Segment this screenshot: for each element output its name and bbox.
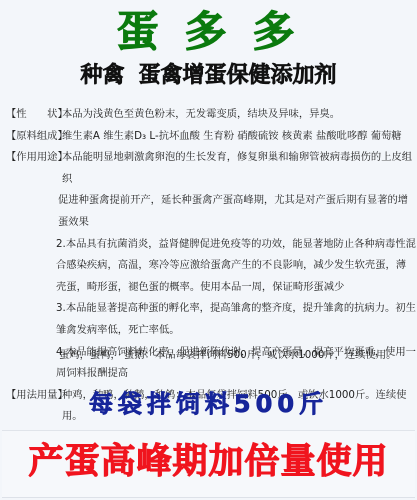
dosage-slogan: 每袋拌饲料500斤 <box>0 388 417 420</box>
usage-layer-dosage: 蛋鸡，蛋鸭， 蛋鹅：本品每袋拌饲料500斤，或饮水1000斤，连续使用。 <box>59 346 396 361</box>
spec-label: 【作用用途】 <box>6 147 62 190</box>
spec-function-item-2: 2.本品具有抗菌消炎，益肾健脾促进免疫等的功效，能显著地防止各种病毒性混合感染疾… <box>6 234 416 299</box>
spec-value: 本品为浅黄色至黄色粉末，无发霉变质，结块及异味，异臭。 <box>62 104 416 126</box>
spec-appearance: 【性 状】 本品为浅黄色至黄色粉末，无发霉变质，结块及异味，异臭。 <box>6 104 416 126</box>
spec-label: 【性 状】 <box>6 104 62 126</box>
subtitle-part-layer: 蛋禽增蛋保健添加剂 <box>139 63 337 88</box>
spec-function: 【作用用途】 本品能明显地刺激禽卵泡的生长发育，修复卵巢和输卵管被病毒损伤的上皮… <box>6 147 416 190</box>
product-subtitle: 种禽蛋禽增蛋保健添加剂 <box>0 62 417 90</box>
spec-value: 维生素A 维生素D₃ L-抗坏血酸 生育粉 硝酸硫铵 核黄素 盐酸吡哆醇 葡萄糖 <box>62 126 416 148</box>
spec-function-line: 促进种蛋禽提前开产，延长种蛋禽产蛋高峰期，尤其是对产蛋后期有显著的增蛋效果 <box>6 190 416 233</box>
spec-value: 本品能明显地刺激禽卵泡的生长发育，修复卵巢和输卵管被病毒损伤的上皮组织 <box>62 147 416 190</box>
brand-title: 蛋多多 <box>0 8 417 56</box>
product-specs: 【性 状】 本品为浅黄色至黄色粉末，无发霉变质，结块及异味，异臭。 【原料组成】… <box>6 104 416 428</box>
spec-label: 【原料组成】 <box>6 126 62 148</box>
spec-ingredients: 【原料组成】 维生素A 维生素D₃ L-抗坏血酸 生育粉 硝酸硫铵 核黄素 盐酸… <box>6 126 416 148</box>
subtitle-part-breeder: 种禽 <box>80 63 124 88</box>
peak-period-slogan: 产蛋高峰期加倍量使用 <box>0 440 417 484</box>
spec-function-item-3: 3.本品能显著提高种蛋的孵化率，提高雏禽的整齐度，提升雏禽的抗病力。初生雏禽发病… <box>6 298 416 341</box>
